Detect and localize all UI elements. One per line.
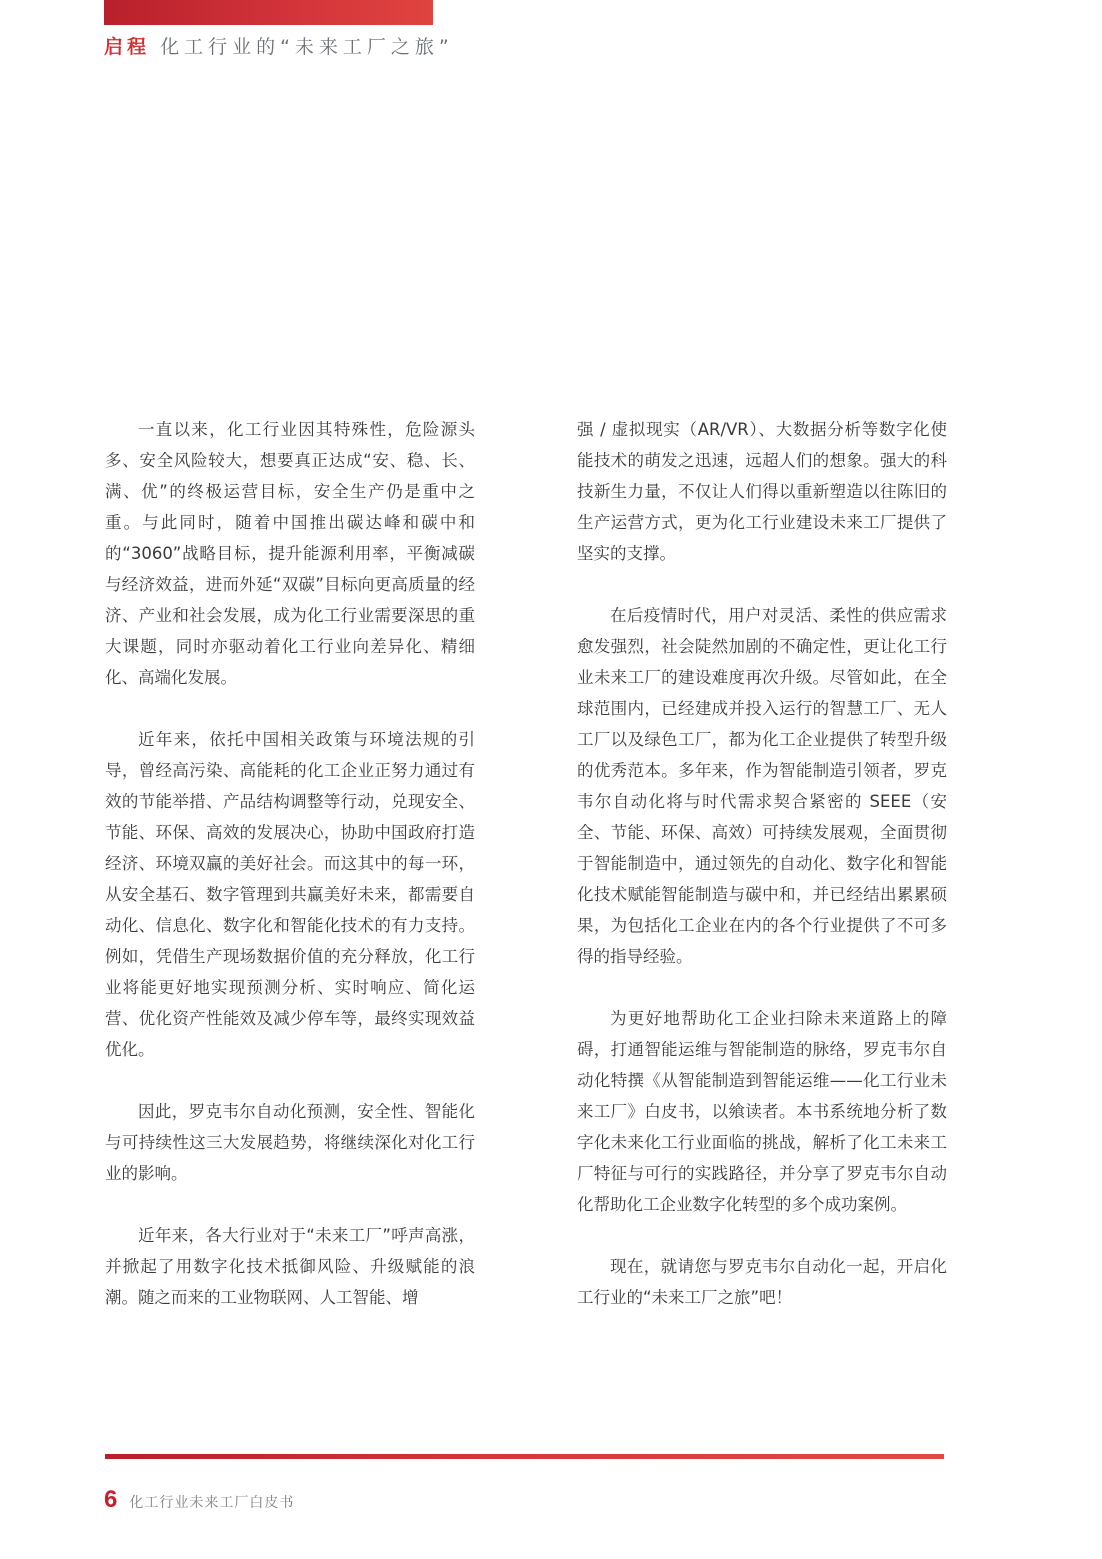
footer-divider: [105, 1454, 944, 1459]
footer-title: 化工行业未来工厂白皮书: [129, 1492, 294, 1512]
page-number: 6: [104, 1486, 117, 1514]
running-header: 启程 化工行业的“未来工厂之旅”: [104, 34, 454, 60]
right-column: 强 / 虚拟现实（AR/VR）、大数据分析等数字化使能技术的萌发之迅速，远超人们…: [577, 414, 947, 1344]
paragraph: 现在，就请您与罗克韦尔自动化一起，开启化工行业的“未来工厂之旅”吧！: [577, 1251, 947, 1313]
paragraph: 一直以来，化工行业因其特殊性，危险源头多、安全风险较大，想要真正达成“安、稳、长…: [105, 414, 475, 693]
paragraph: 近年来，依托中国相关政策与环境法规的引导，曾经高污染、高能耗的化工企业正努力通过…: [105, 724, 475, 1065]
header-accent: 启程: [104, 36, 150, 58]
paragraph: 为更好地帮助化工企业扫除未来道路上的障碍，打通智能运维与智能制造的脉络，罗克韦尔…: [577, 1003, 947, 1220]
paragraph: 因此，罗克韦尔自动化预测，安全性、智能化与可持续性这三大发展趋势，将继续深化对化…: [105, 1096, 475, 1189]
paragraph: 近年来，各大行业对于“未来工厂”呼声高涨，并掀起了用数字化技术抵御风险、升级赋能…: [105, 1220, 475, 1313]
paragraph: 在后疫情时代，用户对灵活、柔性的供应需求愈发强烈，社会陡然加剧的不确定性，更让化…: [577, 600, 947, 972]
header-color-bar: [104, 0, 433, 25]
page-footer: 6 化工行业未来工厂白皮书: [104, 1486, 294, 1514]
paragraph-continued: 强 / 虚拟现实（AR/VR）、大数据分析等数字化使能技术的萌发之迅速，远超人们…: [577, 414, 947, 569]
left-column: 一直以来，化工行业因其特殊性，危险源头多、安全风险较大，想要真正达成“安、稳、长…: [105, 414, 475, 1344]
header-title: 化工行业的“未来工厂之旅”: [160, 36, 454, 58]
